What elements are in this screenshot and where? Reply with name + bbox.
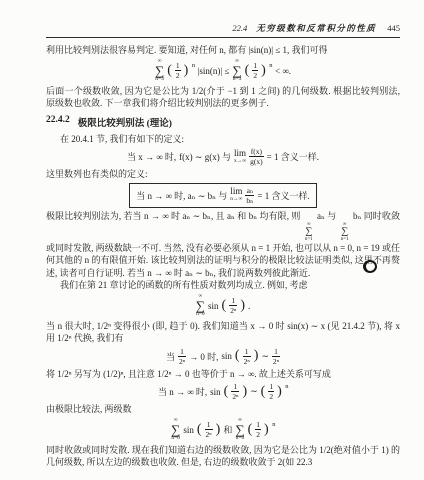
left-paren: ( (167, 64, 172, 78)
fraction-numerator: 1 (179, 347, 185, 356)
fraction-denominator: 2 (252, 70, 258, 80)
sum-lower-limit: n=1 (341, 237, 349, 242)
definition-box: 当 n → ∞ 时, aₙ ∼ bₙ 与 lim n→∞ aₙ bₙ = 1 含… (129, 183, 317, 208)
fraction: 1 2ⁿ (243, 347, 251, 366)
conjunction-text: 和 (223, 423, 232, 436)
sum-lower-limit: n=3 (233, 77, 242, 83)
sum-lower-limit: n=0 (171, 436, 180, 442)
left-paren: ( (222, 299, 227, 313)
fraction-denominator: 2 (255, 429, 261, 439)
page-content: 22.4 无穷级数和反常积分的性质 445 利用比较判别法很容易判定. 要知道,… (46, 22, 400, 469)
formula-two-series: ∞ ∑ n=0 sin ( 1 2ⁿ ) 和 ∞ ∑ n=0 ( 1 2 ) (46, 418, 400, 442)
paragraph-text: 极限比较判别法为, 若当 n → ∞ 时 aₙ ∼ bₙ, 且 aₙ 和 bₙ … (46, 211, 300, 221)
fraction-numerator: 1 (273, 347, 279, 356)
exponent: n (192, 62, 195, 69)
formula-tail-text: . (248, 301, 250, 311)
formula-suffix: = 1 含义一样. (267, 150, 319, 163)
paragraph-text: 与 (327, 211, 336, 221)
sum-lower-limit: n=3 (155, 77, 164, 83)
right-paren: ) (184, 64, 189, 78)
fraction: 1 2ⁿ (205, 420, 213, 439)
formula-sequence-asymptotic-boxed: 当 n → ∞ 时, aₙ ∼ bₙ 与 lim n→∞ aₙ bₙ = 1 含… (46, 183, 400, 208)
sum-symbol: ∞ ∑ n=0 (235, 418, 244, 442)
tilde-operator: ∼ (250, 386, 258, 397)
fraction-denominator: 2 (175, 70, 181, 80)
fraction: 1 2 (255, 420, 261, 439)
limit-symbol: lim n→∞ (230, 187, 242, 203)
paragraph-geometric-series: 后面一个级数收敛, 因为它是公比为 1/2(介于 −1 到 1 之间) 的几何级… (46, 85, 400, 110)
limit-word: lim (234, 149, 246, 158)
fraction-numerator: 1 (233, 382, 239, 391)
sequence-b-term: bₙ (353, 211, 361, 221)
fraction: 1 2ⁿ (231, 382, 239, 401)
fraction-numerator: f(x) (250, 147, 263, 156)
header-section-number: 22.4 (232, 23, 247, 33)
fraction-numerator: 1 (255, 420, 261, 429)
formula-comparison-bound: ∞ ∑ n=3 ( 1 2 ) n |sin(n)| ≤ ∞ ∑ n=3 ( 1… (46, 59, 400, 83)
fraction-denominator: 2ⁿ (205, 429, 213, 439)
fraction-numerator: 1 (230, 296, 236, 305)
section-heading-number: 22.4.2 (46, 115, 70, 129)
sum-symbol: ∞ ∑ n=1 (341, 222, 349, 242)
formula-function-asymptotic: 当 x → ∞ 时, f(x) ∼ g(x) 与 lim x→∞ f(x) g(… (46, 147, 400, 166)
formula-prefix: 当 (166, 350, 175, 363)
sigma-icon: ∑ (305, 227, 312, 237)
left-paren: ( (261, 385, 266, 399)
limit-subscript: x→∞ (234, 159, 246, 165)
fraction: 1 2ⁿ (229, 296, 237, 315)
header-section-title: 无穷级数和反常积分的性质 (256, 22, 376, 34)
sequence-a-term: aₙ (317, 211, 325, 221)
formula-suffix: = 1 含义一样. (257, 189, 309, 202)
right-paren: ) (240, 299, 245, 313)
formula-sin-asymptotic-n: 当 n → ∞ 时, sin ( 1 2ⁿ ) ∼ ( 1 2 ) n (46, 382, 400, 401)
fraction-numerator: 1 (175, 61, 181, 70)
exponent: n (285, 383, 288, 390)
sum-symbol: ∞ ∑ n=3 (232, 59, 241, 83)
right-paren: ) (254, 349, 259, 363)
sum-symbol: ∞ ∑ n=0 (196, 294, 205, 318)
fraction-denominator: 2ⁿ (243, 356, 251, 366)
formula-tail-text: < ∞. (275, 66, 291, 76)
paragraph-sequence-definition-intro: 这里数列也有类似的定义: (46, 168, 400, 181)
sum-lower-limit: n=1 (305, 237, 313, 242)
ring-icon (363, 260, 377, 273)
paragraph-definition-intro: 在 20.4.1 节, 我们有如下的定义: (46, 133, 400, 146)
running-head: 22.4 无穷级数和反常积分的性质 445 (46, 22, 400, 38)
paragraph-conclusion: 同时收敛或同时发散. 现在我们知道右边的级数收敛, 因为它是公比为 1/2(绝对… (46, 444, 400, 469)
fraction-numerator: 1 (252, 61, 258, 70)
paragraph-intro: 利用比较判别法很容易判定. 要知道, 对任何 n, 都有 |sin(n)| ≤ … (46, 44, 400, 57)
book-page: 22.4 无穷级数和反常积分的性质 445 利用比较判别法很容易判定. 要知道,… (0, 0, 424, 480)
formula-middle-text: → 0 时, (189, 350, 218, 363)
formula-prefix: 当 n → ∞ 时, (158, 385, 207, 398)
fraction: 1 2 (268, 382, 274, 401)
paragraph-rewrite-power: 将 1/2ⁿ 另写为 (1/2)ⁿ, 且注意 1/2ⁿ → 0 也等价于 n →… (46, 368, 400, 381)
fraction-denominator: 2ⁿ (231, 391, 239, 401)
formula-middle-text: |sin(n)| ≤ (198, 66, 230, 76)
fraction-numerator: 1 (268, 382, 274, 391)
right-paren: ) (261, 64, 266, 78)
formula-left-text: f(x) ∼ g(x) 与 (179, 150, 231, 163)
fraction: 1 2ⁿ (178, 347, 186, 366)
fraction: aₙ bₙ (245, 186, 254, 205)
right-paren: ) (216, 423, 221, 437)
left-paren: ( (248, 423, 253, 437)
function-name: sin (210, 387, 221, 397)
section-heading-title: 极限比较判别法 (理论) (78, 115, 172, 129)
section-heading: 22.4.2 极限比较判别法 (理论) (46, 115, 400, 129)
fraction: 1 2ⁿ (272, 347, 280, 366)
paragraph-sin-x-asymptotic: 当 n 很大时, 1/2ⁿ 变得很小 (即, 趋于 0). 我们知道当 x → … (46, 320, 400, 345)
sum-lower-limit: n=0 (236, 436, 245, 442)
fraction-denominator: g(x) (249, 156, 264, 166)
fraction-numerator: aₙ (246, 186, 255, 195)
exponent: n (269, 62, 272, 69)
fraction-denominator: 2 (268, 391, 274, 401)
fraction-denominator: 2ⁿ (229, 305, 237, 315)
fraction: f(x) g(x) (249, 147, 264, 166)
limit-subscript: n→∞ (230, 197, 242, 203)
right-paren: ) (277, 385, 282, 399)
fraction: 1 2 (175, 61, 181, 80)
sum-symbol: ∞ ∑ n=3 (155, 59, 164, 83)
left-paren: ( (197, 423, 202, 437)
function-name: sin (183, 425, 194, 435)
fraction-denominator: 2ⁿ (272, 356, 280, 366)
fraction-denominator: bₙ (245, 195, 254, 205)
function-name: sin (221, 351, 232, 361)
right-paren: ) (264, 423, 269, 437)
sum-symbol: ∞ ∑ n=0 (171, 418, 180, 442)
left-paren: ( (224, 385, 229, 399)
formula-sin-substitution: 当 1 2ⁿ → 0 时, sin ( 1 2ⁿ ) ∼ 1 2ⁿ (46, 347, 400, 366)
sigma-icon: ∑ (341, 227, 348, 237)
function-name: sin (208, 301, 219, 311)
sum-lower-limit: n=0 (196, 312, 205, 318)
right-paren: ) (242, 385, 247, 399)
formula-prefix: 当 x → ∞ 时, (127, 150, 176, 163)
paragraph-limit-comparison-test: 极限比较判别法为, 若当 n → ∞ 时 aₙ ∼ bₙ, 且 aₙ 和 bₙ … (46, 210, 400, 280)
formula-sin-series: ∞ ∑ n=0 sin ( 1 2ⁿ ) . (46, 294, 400, 318)
fraction-numerator: 1 (244, 347, 250, 356)
left-paren: ( (235, 349, 240, 363)
header-page-number: 445 (387, 23, 400, 33)
formula-prefix: 当 n → ∞ 时, aₙ ∼ bₙ 与 (136, 189, 227, 202)
limit-symbol: lim x→∞ (234, 149, 246, 165)
fraction: 1 2 (252, 61, 258, 80)
paragraph-chapter21-properties: 我们在第 21 章讨论的函数的所有性质对数列均成立. 例如, 考虑 (46, 279, 400, 292)
fraction-denominator: 2ⁿ (178, 356, 186, 366)
paragraph-two-series-intro: 由极限比较法, 两级数 (46, 403, 400, 416)
left-paren: ( (245, 64, 250, 78)
exponent: n (272, 421, 275, 428)
tilde-operator: ∼ (261, 351, 269, 362)
sum-symbol: ∞ ∑ n=1 (305, 222, 313, 242)
limit-word: lim (230, 187, 242, 196)
fraction-numerator: 1 (206, 420, 212, 429)
